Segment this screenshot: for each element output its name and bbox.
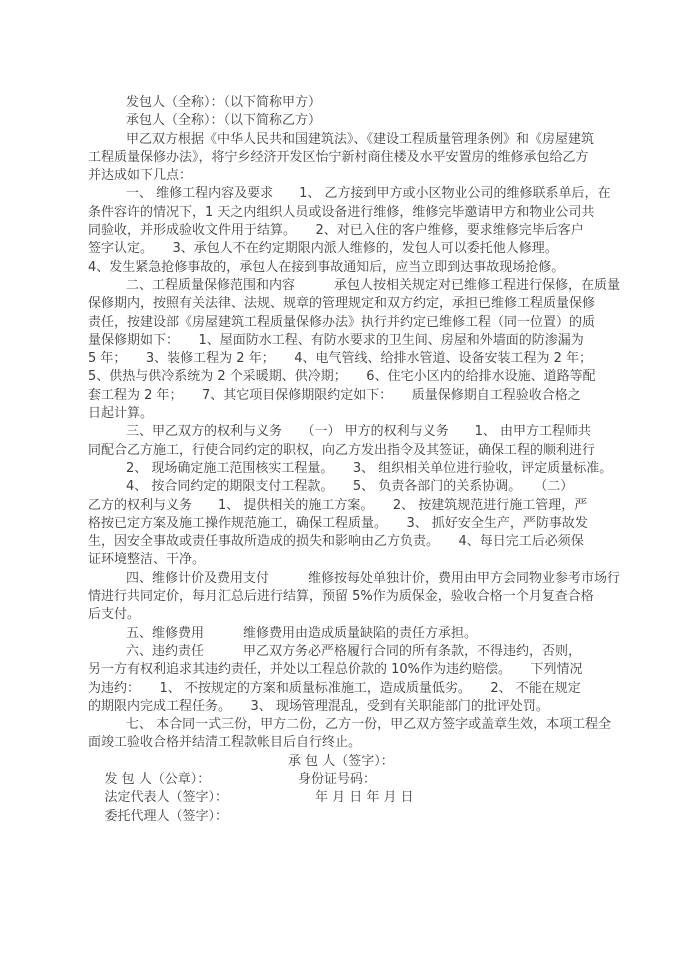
- contract-line: 乙方的权利与义务 1、 提供相关的施工方案。 2、 按建筑规范进行施工管理，严: [88, 497, 608, 515]
- contract-line: 套工程为 2 年； 7、其它项目保修期限约定如下： 质量保修期自工程验收合格之: [88, 387, 608, 405]
- contract-line: 格按已定方案及施工操作规范施工，确保工程质量。 3、 抓好安全生产，严防事故发: [88, 515, 608, 533]
- contract-line: 同验收，并形成验收文件用于结算。 2、对已入住的客户维修，要求维修完毕后客户: [88, 222, 608, 240]
- contract-line: 证环境整洁、干净。: [88, 551, 608, 569]
- contract-line: 一、 维修工程内容及要求 1、 乙方接到甲方或小区物业公司的维修联系单后，在: [88, 185, 608, 203]
- contract-line: 4、 按合同约定的期限支付工程款。 5、 负责各部门的关系协调。 （二）: [88, 478, 608, 496]
- contract-line: 另一方有权利追求其违约责任，并处以工程总价款的 10%作为违约赔偿。 下列情况: [88, 661, 608, 679]
- contract-line: 面竣工验收合格并结清工程款帐目后自行终止。: [88, 734, 608, 752]
- contract-line: 七、 本合同一式三份，甲方二份，乙方一份，甲乙双方签字或盖章生效，本项工程全: [88, 716, 608, 734]
- contract-line: 甲乙双方根据《中华人民共和国建筑法》、《建设工程质量管理条例》和《房屋建筑: [88, 131, 608, 149]
- contract-line: 后支付。: [88, 606, 608, 624]
- contractor-signature-label: 承 包 人（签字）：: [288, 753, 394, 771]
- contract-line: 5、供热与供冷系统为 2 个采暖期、供冷期； 6、住宅小区内的给排水设施、道路等…: [88, 368, 608, 386]
- contract-line: 4、发生紧急抢修事故的，承包人在接到事故通知后，应当立即到达事故现场抢修。: [88, 259, 608, 277]
- signature-row-authorized-agent: 委托代理人（签字）： 年 月 日 年 月 日: [88, 789, 608, 807]
- contract-line: 二、工程质量保修范围和内容 承包人按相关规定对已维修工程进行保修，在质量: [88, 277, 608, 295]
- contract-line: 同配合乙方施工，行使合同约定的职权，向乙方发出指令及其签证，确保工程的顺利进行: [88, 442, 608, 460]
- date-fields-label: 年 月 日 年 月 日: [315, 789, 414, 807]
- contract-line: 六、违约责任 甲乙双方务必严格履行合同的所有条款，不得违约，否则，: [88, 643, 608, 661]
- contract-line: 并达成如下几点：: [88, 167, 608, 185]
- contract-line: 的期限内完成工程任务。 3、 现场管理混乱，受到有关职能部门的批评处罚。: [88, 698, 608, 716]
- contract-line: 日起计算。: [88, 405, 608, 423]
- contract-line: 五、维修费用 维修费用由造成质量缺陷的责任方承担。: [88, 625, 608, 643]
- contract-page: { "page": { "background_color": "#ffffff…: [0, 0, 690, 976]
- id-number-label: 身份证号码：: [298, 771, 376, 789]
- contract-line: 保修期内，按照有关法律、法规、规章的管理规定和双方约定，承担已维修工程质量保修: [88, 295, 608, 313]
- signature-row-legal-representative: 法定代表人（签字）： 身份证号码：: [88, 771, 608, 789]
- signature-row-employer: 发 包 人（公章）： 承 包 人（签字）：: [88, 753, 608, 771]
- contract-line: 情进行共同定价，每月汇总后进行结算，预留 5%作为质保金，验收合格一个月复查合格: [88, 588, 608, 606]
- contract-line: 5 年； 3、装修工程为 2 年； 4、电气管线、给排水管道、设备安装工程为 2…: [88, 350, 608, 368]
- authorized-agent-label: 委托代理人（签字）：: [105, 809, 229, 824]
- contract-line: 为违约： 1、 不按规定的方案和质量标准施工，造成质量低劣。 2、 不能在规定: [88, 680, 608, 698]
- contract-line: 三、甲乙双方的权利与义务 （一） 甲方的权利与义务 1、 由甲方工程师共: [88, 423, 608, 441]
- contract-line: 承包人（全称）：（以下简称乙方）: [88, 112, 608, 130]
- contract-document: 发包人（全称）：（以下简称甲方） 承包人（全称）：（以下简称乙方） 甲乙双方根据…: [88, 94, 608, 808]
- contract-line: 量保修期如下： 1、屋面防水工程、有防水要求的卫生间、房屋和外墙面的防渗漏为: [88, 332, 608, 350]
- contract-line: 签字认定。 3、承包人不在约定期限内派人维修的，发包人可以委托他人修理。: [88, 240, 608, 258]
- contract-line: 条件容许的情况下，1 天之内组织人员或设备进行维修，维修完毕邀请甲方和物业公司共: [88, 204, 608, 222]
- contract-line: 工程质量保修办法》，将宁乡经济开发区怡宁新村商住楼及水平安置房的维修承包给乙方: [88, 149, 608, 167]
- contract-line: 2、 现场确定施工范围核实工程量。 3、 组织相关单位进行验收，评定质量标准。: [88, 460, 608, 478]
- contract-line: 生，因安全事故或责任事故所造成的损失和影响由乙方负责。 4、每日完工后必须保: [88, 533, 608, 551]
- contract-line: 发包人（全称）：（以下简称甲方）: [88, 94, 608, 112]
- contract-line: 四、维修计价及费用支付 维修按每处单独计价，费用由甲方会同物业参考市场行: [88, 570, 608, 588]
- contract-line: 责任，按建设部《房屋建筑工程质量保修办法》执行并约定已维修工程（同一位置）的质: [88, 314, 608, 332]
